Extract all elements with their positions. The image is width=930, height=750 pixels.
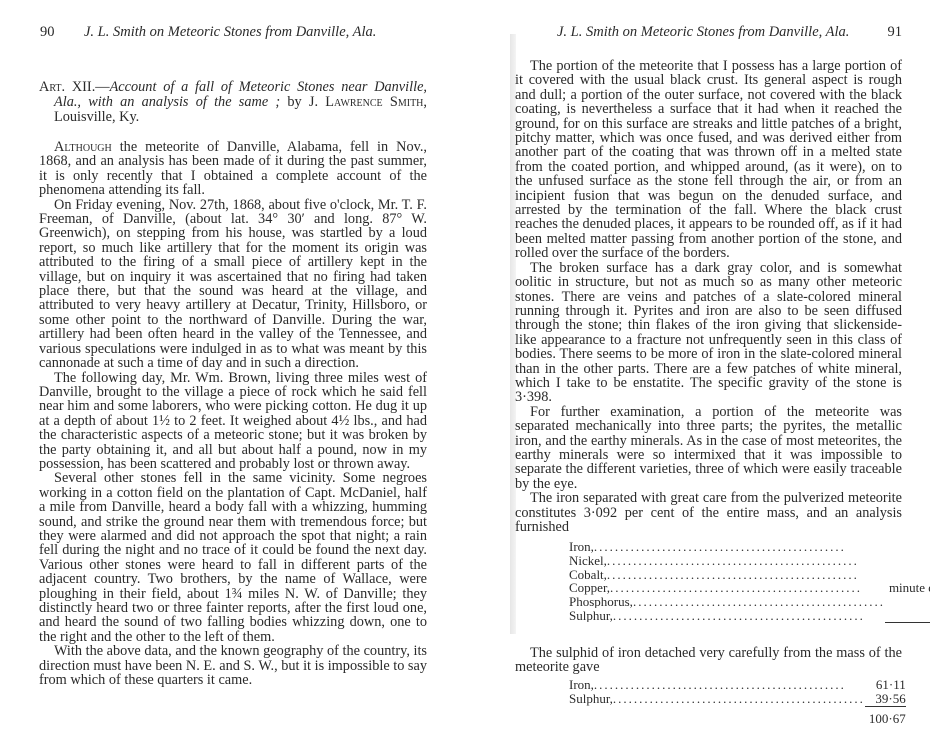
total-value: 100·67: [865, 706, 906, 725]
running-head-left: 90 J. L. Smith on Meteoric Stones from D…: [40, 24, 55, 41]
element-value: 61·11: [865, 678, 906, 692]
author-name: Lawrence Smith: [325, 94, 423, 110]
page-number: 90: [40, 24, 55, 40]
page-number: 91: [888, 24, 903, 41]
table-row: Sulphur,................................…: [569, 692, 906, 706]
running-title: J. L. Smith on Meteoric Stones from Danv…: [84, 24, 376, 41]
element-value: 89·513: [885, 540, 930, 554]
dot-leader: ........................................…: [594, 540, 846, 554]
element-value: minute quantity: [885, 581, 930, 595]
paragraph: The sulphid of iron detached very carefu…: [515, 646, 902, 675]
table-total-row: 99·208: [569, 622, 930, 641]
table-row: Iron,...................................…: [569, 678, 906, 692]
paragraph: On Friday evening, Nov. 27th, 1868, abou…: [39, 198, 427, 371]
total-value: 99·208: [885, 622, 930, 641]
left-text-column: Art. XII.—Account of a fall of Meteoric …: [39, 80, 427, 687]
running-title: J. L. Smith on Meteoric Stones from Danv…: [557, 24, 849, 40]
table-row: Phosphorus,.............................…: [569, 595, 930, 609]
dot-leader: ........................................…: [613, 692, 865, 706]
article-heading: Art. XII.—Account of a fall of Meteoric …: [39, 80, 427, 125]
element-name: Copper,: [569, 581, 610, 595]
paragraph: For further examination, a portion of th…: [515, 405, 902, 491]
element-name: Cobalt,: [569, 568, 607, 582]
table-row: Cobalt,.................................…: [569, 568, 930, 582]
element-name: Sulphur,: [569, 692, 613, 706]
element-value: 9·050: [885, 554, 930, 568]
element-value: 39·56: [865, 692, 906, 706]
paragraph: Although the meteorite of Danville, Alab…: [39, 140, 427, 198]
element-value: 0·105: [885, 608, 930, 622]
left-page: 90 J. L. Smith on Meteoric Stones from D…: [0, 0, 465, 750]
iron-analysis-table: Iron,...................................…: [569, 540, 930, 641]
paragraph: The broken surface has a dark gray color…: [515, 261, 902, 405]
running-head-right: J. L. Smith on Meteoric Stones from Danv…: [557, 24, 902, 41]
sulphid-analysis-table: Iron,...................................…: [569, 678, 906, 725]
element-value: 0·019: [885, 595, 930, 609]
paragraph: The iron separated with great care from …: [515, 491, 902, 534]
table-total-row: 100·67: [569, 706, 906, 725]
dot-leader: ........................................…: [610, 581, 862, 595]
paragraph: Several other stones fell in the same vi…: [39, 471, 427, 644]
paragraph: The following day, Mr. Wm. Brown, living…: [39, 371, 427, 472]
dot-leader: ........................................…: [607, 568, 859, 582]
table-row: Sulphur,................................…: [569, 608, 930, 622]
element-name: Nickel,: [569, 554, 607, 568]
dot-leader: ........................................…: [633, 595, 885, 609]
dot-leader: ........................................…: [594, 678, 846, 692]
right-page: J. L. Smith on Meteoric Stones from Danv…: [465, 0, 930, 750]
element-name: Phosphorus,: [569, 595, 633, 609]
element-name: Iron,: [569, 678, 594, 692]
paragraph: The portion of the meteorite that I poss…: [515, 59, 902, 261]
right-text-column: The portion of the meteorite that I poss…: [515, 59, 902, 725]
element-value: 0·521: [885, 568, 930, 582]
article-label: Art. XII.: [39, 79, 95, 95]
table-row: Nickel,.................................…: [569, 554, 930, 568]
dash: —: [95, 79, 109, 95]
element-name: Sulphur,: [569, 608, 613, 622]
dot-leader: ........................................…: [607, 554, 859, 568]
dot-leader: ........................................…: [613, 608, 865, 622]
by-text: by J.: [280, 94, 325, 110]
paragraph: With the above data, and the known geogr…: [39, 644, 427, 687]
element-name: Iron,: [569, 540, 594, 554]
table-row: Iron,...................................…: [569, 540, 930, 554]
table-row: Copper,.................................…: [569, 581, 930, 595]
